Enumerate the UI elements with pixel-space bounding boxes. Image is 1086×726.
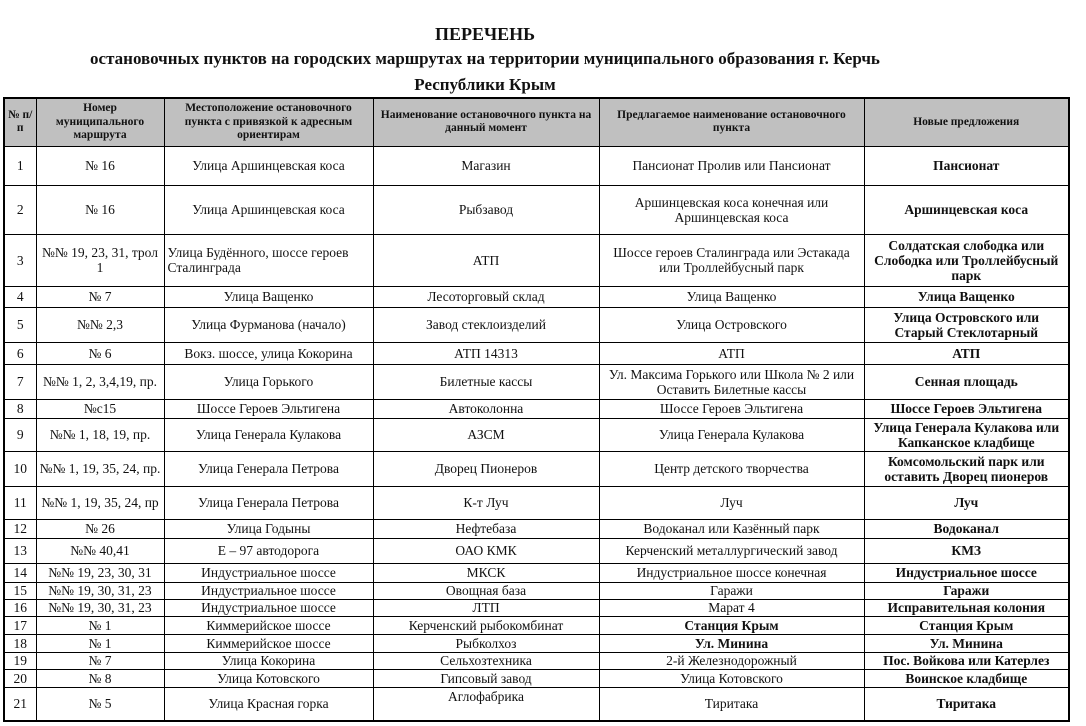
cell-proposed-name: Улица Генерала Кулакова <box>599 418 864 451</box>
cell-current-name: Овощная база <box>373 582 599 599</box>
cell-route-number: № 16 <box>36 185 164 234</box>
cell-current-name: Нефтебаза <box>373 519 599 538</box>
cell-proposed-name: Ул. Максима Горького или Школа № 2 или О… <box>599 364 864 399</box>
cell-row-number: 14 <box>4 563 36 582</box>
cell-route-number: №с15 <box>36 399 164 418</box>
table-row: 10№№ 1, 19, 35, 24, пр.Улица Генерала Пе… <box>4 451 1069 486</box>
cell-row-number: 8 <box>4 399 36 418</box>
cell-proposed-name: Гаражи <box>599 582 864 599</box>
cell-new-proposal: Улица Ващенко <box>864 286 1069 307</box>
cell-route-number: № 1 <box>36 616 164 634</box>
cell-new-proposal: Тиритака <box>864 687 1069 721</box>
cell-row-number: 21 <box>4 687 36 721</box>
cell-route-number: №№ 19, 23, 31, трол 1 <box>36 234 164 286</box>
cell-proposed-name: Улица Ващенко <box>599 286 864 307</box>
header-proposed-name: Предлагаемое наименование остановочного … <box>599 98 864 146</box>
cell-location: Индустриальное шоссе <box>164 599 373 616</box>
table-row: 5№№ 2,3Улица Фурманова (начало)Завод сте… <box>4 307 1069 342</box>
table-row: 3№№ 19, 23, 31, трол 1Улица Будённого, ш… <box>4 234 1069 286</box>
table-row: 18№ 1Киммерийское шоссеРыбколхозУл. Мини… <box>4 634 1069 652</box>
table-row: 1№ 16Улица Аршинцевская косаМагазинПанси… <box>4 146 1069 185</box>
cell-current-name: К-т Луч <box>373 486 599 519</box>
cell-row-number: 13 <box>4 538 36 563</box>
cell-location: Улица Ващенко <box>164 286 373 307</box>
cell-current-name: МКСК <box>373 563 599 582</box>
cell-row-number: 1 <box>4 146 36 185</box>
cell-location: Киммерийское шоссе <box>164 634 373 652</box>
cell-route-number: №№ 1, 19, 35, 24, пр <box>36 486 164 519</box>
table-header-row: № п/п Номер муниципального маршрута Мест… <box>4 98 1069 146</box>
cell-current-name: АТП 14313 <box>373 342 599 364</box>
cell-route-number: № 26 <box>36 519 164 538</box>
cell-route-number: № 5 <box>36 687 164 721</box>
cell-row-number: 9 <box>4 418 36 451</box>
cell-current-name: Керченский рыбокомбинат <box>373 616 599 634</box>
cell-proposed-name: Улица Котовского <box>599 669 864 687</box>
table-row: 2№ 16Улица Аршинцевская косаРыбзаводАрши… <box>4 185 1069 234</box>
table-row: 4№ 7Улица ВащенкоЛесоторговый складУлица… <box>4 286 1069 307</box>
cell-new-proposal: Станция Крым <box>864 616 1069 634</box>
table-row: 17№ 1Киммерийское шоссеКерченский рыбоко… <box>4 616 1069 634</box>
cell-row-number: 15 <box>4 582 36 599</box>
cell-new-proposal: Пос. Войкова или Катерлез <box>864 652 1069 669</box>
cell-current-name: Завод стеклоизделий <box>373 307 599 342</box>
cell-new-proposal: Улица Генерала Кулакова или Капканское к… <box>864 418 1069 451</box>
cell-new-proposal: Индустриальное шоссе <box>864 563 1069 582</box>
cell-current-name: Сельхозтехника <box>373 652 599 669</box>
cell-current-name: АЗСМ <box>373 418 599 451</box>
table-row: 14№№ 19, 23, 30, 31Индустриальное шоссеМ… <box>4 563 1069 582</box>
cell-location: Улица Кокорина <box>164 652 373 669</box>
cell-row-number: 5 <box>4 307 36 342</box>
cell-proposed-name: Аршинцевская коса конечная или Аршинцевс… <box>599 185 864 234</box>
cell-row-number: 20 <box>4 669 36 687</box>
cell-location: Улица Котовского <box>164 669 373 687</box>
cell-new-proposal: Пансионат <box>864 146 1069 185</box>
table-row: 13№№ 40,41Е – 97 автодорогаОАО КМККерчен… <box>4 538 1069 563</box>
cell-route-number: №№ 40,41 <box>36 538 164 563</box>
table-row: 15№№ 19, 30, 31, 23Индустриальное шоссеО… <box>4 582 1069 599</box>
cell-new-proposal: Комсомольский парк или оставить Дворец п… <box>864 451 1069 486</box>
cell-new-proposal: АТП <box>864 342 1069 364</box>
cell-new-proposal: Сенная площадь <box>864 364 1069 399</box>
cell-route-number: №№ 1, 18, 19, пр. <box>36 418 164 451</box>
cell-location: Улица Генерала Кулакова <box>164 418 373 451</box>
cell-current-name: ЛТП <box>373 599 599 616</box>
cell-route-number: №№ 1, 2, 3,4,19, пр. <box>36 364 164 399</box>
document-title: ПЕРЕЧЕНЬ <box>0 24 970 45</box>
cell-current-name: Дворец Пионеров <box>373 451 599 486</box>
cell-proposed-name: Марат 4 <box>599 599 864 616</box>
cell-route-number: №№ 19, 23, 30, 31 <box>36 563 164 582</box>
cell-current-name: Магазин <box>373 146 599 185</box>
cell-row-number: 2 <box>4 185 36 234</box>
cell-proposed-name: Шоссе героев Сталинграда или Эстакада ил… <box>599 234 864 286</box>
table-row: 19№ 7Улица КокоринаСельхозтехника2-й Жел… <box>4 652 1069 669</box>
cell-location: Улица Аршинцевская коса <box>164 146 373 185</box>
cell-new-proposal: Водоканал <box>864 519 1069 538</box>
cell-row-number: 4 <box>4 286 36 307</box>
table-row: 21№ 5Улица Красная горкаАглофабрикаТирит… <box>4 687 1069 721</box>
cell-row-number: 6 <box>4 342 36 364</box>
header-route: Номер муниципального маршрута <box>36 98 164 146</box>
cell-location: Улица Горького <box>164 364 373 399</box>
cell-new-proposal: Аршинцевская коса <box>864 185 1069 234</box>
cell-new-proposal: Луч <box>864 486 1069 519</box>
cell-location: Улица Годыны <box>164 519 373 538</box>
cell-location: Улица Фурманова (начало) <box>164 307 373 342</box>
cell-new-proposal: Воинское кладбище <box>864 669 1069 687</box>
document-subtitle-region: Республики Крым <box>0 75 970 95</box>
cell-location: Улица Аршинцевская коса <box>164 185 373 234</box>
cell-proposed-name: Центр детского творчества <box>599 451 864 486</box>
cell-location: Улица Будённого, шоссе героев Сталинград… <box>164 234 373 286</box>
cell-proposed-name: Водоканал или Казённый парк <box>599 519 864 538</box>
cell-route-number: №№ 19, 30, 31, 23 <box>36 599 164 616</box>
header-location: Местоположение остановочного пункта с пр… <box>164 98 373 146</box>
cell-proposed-name: Ул. Минина <box>599 634 864 652</box>
document-subtitle: остановочных пунктов на городских маршру… <box>0 49 970 69</box>
cell-route-number: № 6 <box>36 342 164 364</box>
cell-route-number: № 16 <box>36 146 164 185</box>
cell-location: Индустриальное шоссе <box>164 582 373 599</box>
cell-location: Киммерийское шоссе <box>164 616 373 634</box>
cell-location: Улица Генерала Петрова <box>164 451 373 486</box>
cell-route-number: № 1 <box>36 634 164 652</box>
cell-new-proposal: Улица Островского или Старый Стеклотарны… <box>864 307 1069 342</box>
cell-row-number: 7 <box>4 364 36 399</box>
cell-current-name: Лесоторговый склад <box>373 286 599 307</box>
cell-current-name: Билетные кассы <box>373 364 599 399</box>
cell-proposed-name: Станция Крым <box>599 616 864 634</box>
cell-row-number: 3 <box>4 234 36 286</box>
cell-current-name: ОАО КМК <box>373 538 599 563</box>
header-current-name: Наименование остановочного пункта на дан… <box>373 98 599 146</box>
cell-route-number: № 7 <box>36 652 164 669</box>
cell-row-number: 18 <box>4 634 36 652</box>
cell-current-name: Аглофабрика <box>373 687 599 721</box>
cell-route-number: № 8 <box>36 669 164 687</box>
cell-proposed-name: Индустриальное шоссе конечная <box>599 563 864 582</box>
table-row: 9№№ 1, 18, 19, пр.Улица Генерала Кулаков… <box>4 418 1069 451</box>
cell-row-number: 12 <box>4 519 36 538</box>
cell-row-number: 11 <box>4 486 36 519</box>
cell-location: Улица Генерала Петрова <box>164 486 373 519</box>
cell-location: Улица Красная горка <box>164 687 373 721</box>
cell-row-number: 19 <box>4 652 36 669</box>
header-new-proposals: Новые предложения <box>864 98 1069 146</box>
cell-proposed-name: 2-й Железнодорожный <box>599 652 864 669</box>
cell-current-name: Рыбколхоз <box>373 634 599 652</box>
header-number: № п/п <box>4 98 36 146</box>
cell-new-proposal: КМЗ <box>864 538 1069 563</box>
cell-new-proposal: Исправительная колония <box>864 599 1069 616</box>
cell-location: Индустриальное шоссе <box>164 563 373 582</box>
table-row: 20№ 8Улица КотовскогоГипсовый заводУлица… <box>4 669 1069 687</box>
cell-current-name: Рыбзавод <box>373 185 599 234</box>
cell-proposed-name: Улица Островского <box>599 307 864 342</box>
cell-proposed-name: Керченский металлургический завод <box>599 538 864 563</box>
cell-new-proposal: Ул. Минина <box>864 634 1069 652</box>
table-row: 11№№ 1, 19, 35, 24, прУлица Генерала Пет… <box>4 486 1069 519</box>
cell-new-proposal: Солдатская слободка или Слободка или Тро… <box>864 234 1069 286</box>
cell-location: Шоссе Героев Эльтигена <box>164 399 373 418</box>
cell-current-name: Автоколонна <box>373 399 599 418</box>
cell-proposed-name: Пансионат Пролив или Пансионат <box>599 146 864 185</box>
cell-proposed-name: АТП <box>599 342 864 364</box>
cell-proposed-name: Шоссе Героев Эльтигена <box>599 399 864 418</box>
cell-new-proposal: Шоссе Героев Эльтигена <box>864 399 1069 418</box>
cell-location: Вокз. шоссе, улица Кокорина <box>164 342 373 364</box>
cell-row-number: 10 <box>4 451 36 486</box>
cell-route-number: №№ 19, 30, 31, 23 <box>36 582 164 599</box>
cell-proposed-name: Тиритака <box>599 687 864 721</box>
cell-current-name: Гипсовый завод <box>373 669 599 687</box>
bus-stops-table: № п/п Номер муниципального маршрута Мест… <box>3 97 1070 722</box>
cell-proposed-name: Луч <box>599 486 864 519</box>
cell-row-number: 16 <box>4 599 36 616</box>
table-row: 16№№ 19, 30, 31, 23Индустриальное шоссеЛ… <box>4 599 1069 616</box>
table-row: 7№№ 1, 2, 3,4,19, пр.Улица ГорькогоБилет… <box>4 364 1069 399</box>
cell-current-name: АТП <box>373 234 599 286</box>
table-row: 8№с15Шоссе Героев ЭльтигенаАвтоколоннаШо… <box>4 399 1069 418</box>
cell-location: Е – 97 автодорога <box>164 538 373 563</box>
cell-route-number: №№ 1, 19, 35, 24, пр. <box>36 451 164 486</box>
cell-route-number: №№ 2,3 <box>36 307 164 342</box>
table-row: 6№ 6Вокз. шоссе, улица КокоринаАТП 14313… <box>4 342 1069 364</box>
cell-route-number: № 7 <box>36 286 164 307</box>
cell-row-number: 17 <box>4 616 36 634</box>
table-row: 12№ 26Улица ГодыныНефтебазаВодоканал или… <box>4 519 1069 538</box>
cell-new-proposal: Гаражи <box>864 582 1069 599</box>
